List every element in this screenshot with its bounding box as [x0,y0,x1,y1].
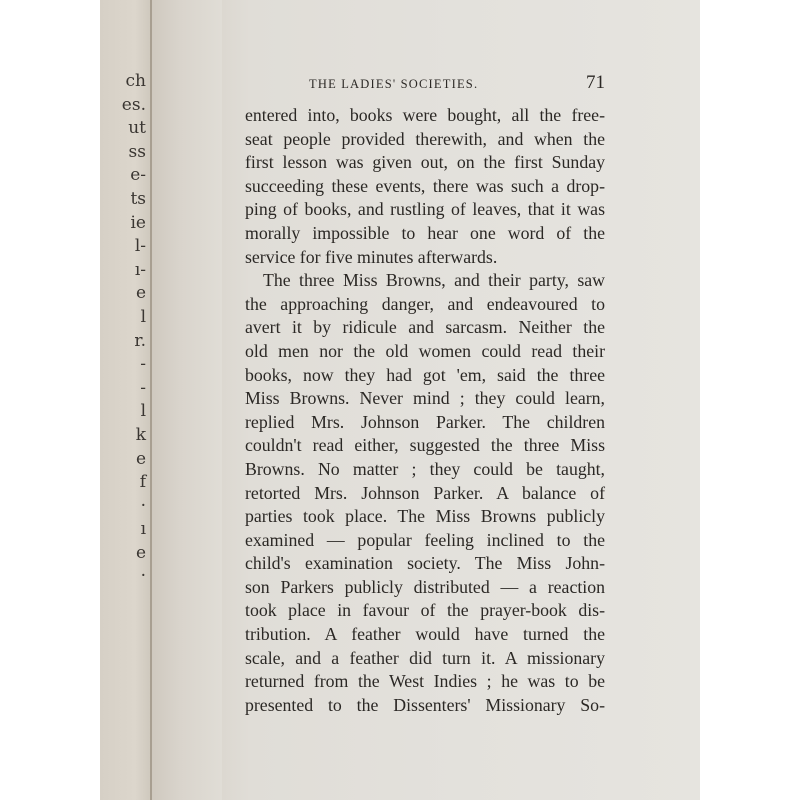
fragment: f [100,471,150,495]
text-line: child's examination society. The Miss Jo… [245,552,605,576]
fragment: - [100,353,150,377]
left-page-text-fragments: ch es. ut ss e- ts ie l- ı- e l r. - - l… [100,70,150,589]
fragment: l [100,306,150,330]
text-line: service for five minutes afterwards. [245,246,605,270]
fragment: e [100,448,150,472]
text-line: ping of books, and rustling of leaves, t… [245,198,605,222]
running-head: THE LADIES' SOCIETIES. [309,77,478,92]
text-line: tribution. A feather would have turned t… [245,623,605,647]
text-line: entered into, books were bought, all the… [245,104,605,128]
text-line: replied Mrs. Johnson Parker. The childre… [245,411,605,435]
text-line: returned from the West Indies ; he was t… [245,670,605,694]
text-line: old men nor the old women could read the… [245,340,605,364]
text-line: books, now they had got 'em, said the th… [245,364,605,388]
text-line: The three Miss Browns, and their party, … [245,269,605,293]
fragment: e- [100,164,150,188]
page-header: THE LADIES' SOCIETIES. 71 [245,72,605,104]
fragment: ts [100,188,150,212]
fragment: ss [100,141,150,165]
text-line: presented to the Dissenters' Missionary … [245,694,605,718]
fragment: l- [100,235,150,259]
left-page: ch es. ut ss e- ts ie l- ı- e l r. - - l… [100,0,150,800]
page-number: 71 [586,72,605,94]
text-line: Miss Browns. Never mind ; they could lea… [245,387,605,411]
text-line: Browns. No matter ; they could be taught… [245,458,605,482]
text-line: seat people provided therewith, and when… [245,128,605,152]
fragment: e [100,282,150,306]
fragment: ı [100,518,150,542]
fragment: - [100,377,150,401]
text-line: parties took place. The Miss Browns publ… [245,505,605,529]
fragment: es. [100,94,150,118]
gutter-shadow [152,0,222,800]
fragment: ı- [100,259,150,283]
text-line: son Parkers publicly distributed — a rea… [245,576,605,600]
text-line: morally impossible to hear one word of t… [245,222,605,246]
text-line: avert it by ridicule and sarcasm. Neithe… [245,316,605,340]
text-line: retorted Mrs. Johnson Parker. A balance … [245,482,605,506]
text-line: scale, and a feather did turn it. A miss… [245,647,605,671]
fragment: ie [100,212,150,236]
right-page: THE LADIES' SOCIETIES. 71 entered into, … [245,72,605,717]
text-line: first lesson was given out, on the first… [245,151,605,175]
book-photo: ch es. ut ss e- ts ie l- ı- e l r. - - l… [100,0,700,800]
fragment: k [100,424,150,448]
fragment: e [100,542,150,566]
fragment: l [100,400,150,424]
fragment: ut [100,117,150,141]
fragment: · [100,495,150,519]
text-line: succeeding these events, there was such … [245,175,605,199]
fragment: r. [100,330,150,354]
fragment: · [100,565,150,589]
text-line: couldn't read either, suggested the thre… [245,434,605,458]
body-text: entered into, books were bought, all the… [245,104,605,717]
text-line: examined — popular feeling inclined to t… [245,529,605,553]
fragment: ch [100,70,150,94]
text-line: took place in favour of the prayer-book … [245,599,605,623]
text-line: the approaching danger, and endeavoured … [245,293,605,317]
